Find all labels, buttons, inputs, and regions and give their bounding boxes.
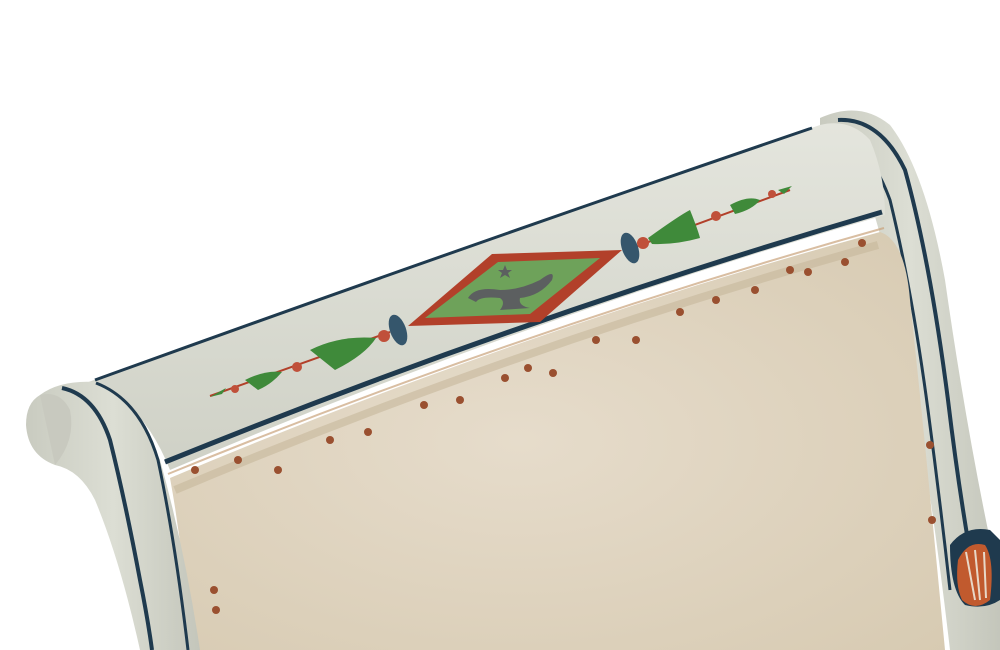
- chair-photo: Painted antique chair back with upholste…: [0, 0, 1000, 650]
- chair-illustration: [0, 0, 1000, 650]
